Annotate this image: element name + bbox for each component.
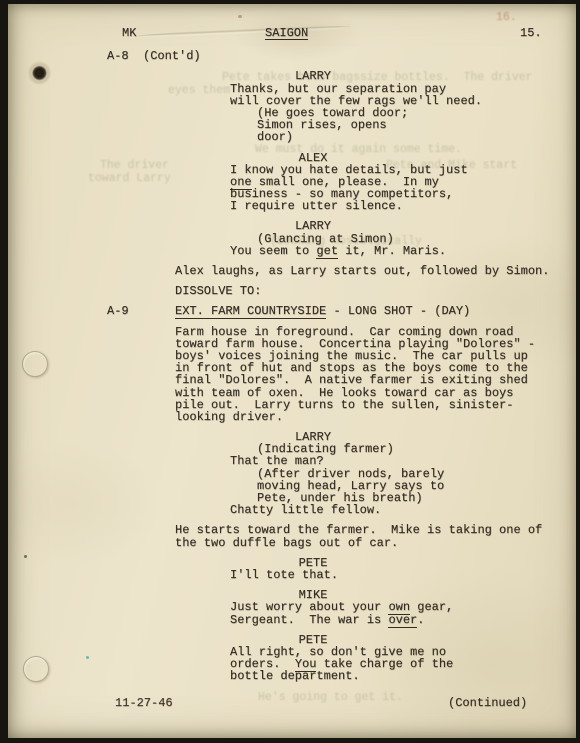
text-segment: the two duffle bags out of car.: [175, 536, 398, 550]
paren-line: door): [257, 131, 576, 143]
action-line: looking driver.: [175, 411, 576, 423]
text-segment: You seem to: [230, 244, 316, 258]
block-action: Farm house in foreground. Car coming dow…: [8, 326, 576, 424]
embossed-ring-icon: [22, 351, 48, 377]
transition-line: DISSOLVE TO:: [175, 285, 576, 297]
scene-continued-label: A-8 (Cont'd): [107, 50, 576, 62]
block-dialogue: You seem to get it, Mr. Maris.: [8, 245, 576, 257]
underlined-text: over: [388, 613, 417, 628]
dialogue-line: I require utter silence.: [230, 200, 576, 212]
block-transition: DISSOLVE TO:: [8, 285, 576, 297]
punch-hole-icon: [27, 60, 53, 86]
dialogue-line: I'll tote that.: [230, 569, 576, 581]
text-segment: it, Mr. Maris.: [338, 244, 446, 258]
text-segment: .: [417, 613, 424, 627]
typist-initials: MK: [122, 27, 136, 39]
text-segment: door): [257, 130, 293, 144]
ink-speck: [238, 15, 242, 18]
dialogue-line: bottle department.: [230, 670, 576, 682]
text-segment: Alex laughs, as Larry starts out, follow…: [175, 264, 549, 278]
block-paren: (After driver nods, barelymoving head, L…: [8, 468, 576, 505]
ink-speck: [24, 555, 27, 558]
dialogue-line: Chatty little fellow.: [230, 504, 576, 516]
typescript-content: MK SAIGON 15. A-8 (Cont'd) LARRYThanks, …: [8, 27, 576, 682]
action-line: the two duffle bags out of car.: [175, 537, 576, 549]
bleedthrough-text: 16.: [496, 12, 517, 24]
script-page: Pete takes both bagssize bottles. The dr…: [8, 4, 576, 738]
continued-label: (Continued): [448, 697, 527, 709]
text-segment: Chatty little fellow.: [230, 503, 381, 517]
action-line: Alex laughs, as Larry starts out, follow…: [175, 265, 576, 277]
text-segment: - LONG SHOT - (DAY): [326, 304, 470, 318]
draft-date: 11-27-46: [115, 697, 173, 709]
page-header: MK SAIGON 15.: [8, 27, 576, 39]
block-dialogue: Thanks, but our separation paywill cover…: [8, 83, 576, 107]
block-dialogue: Just worry about your own gear,Sergeant.…: [8, 601, 576, 625]
block-action: Alex laughs, as Larry starts out, follow…: [8, 265, 576, 277]
block-action: He starts toward the farmer. Mike is tak…: [8, 524, 576, 548]
scene-number: A-9: [107, 305, 129, 317]
block-scene: A-9EXT. FARM COUNTRYSIDE - LONG SHOT - (…: [8, 305, 576, 317]
text-segment: looking driver.: [175, 410, 283, 424]
text-segment: I require utter silence.: [230, 199, 403, 213]
dialogue-line: Sergeant. The war is over.: [230, 614, 576, 626]
script-body: LARRYThanks, but our separation paywill …: [8, 70, 576, 682]
underlined-text: EXT. FARM COUNTRYSIDE: [175, 304, 326, 319]
dialogue-line: You seem to get it, Mr. Maris.: [230, 245, 576, 257]
scanned-script-page: { "palette": { "ink": "#342c21", "date-i…: [0, 0, 580, 743]
block-dialogue: Chatty little fellow.: [8, 504, 576, 516]
block-dialogue: I'll tote that.: [8, 569, 576, 581]
page-footer: 11-27-46 (Continued): [8, 697, 576, 711]
text-segment: DISSOLVE TO:: [175, 284, 261, 298]
underlined-text: get: [316, 244, 338, 259]
paren-line: Simon rises, opens: [257, 119, 576, 131]
script-title: SAIGON: [265, 27, 308, 40]
ink-speck: [86, 656, 89, 659]
page-number: 15.: [520, 27, 542, 39]
text-segment: Sergeant. The war is: [230, 613, 388, 627]
block-dialogue: All right, so don't give me noorders. Yo…: [8, 646, 576, 683]
text-segment: bottle department.: [230, 669, 360, 683]
text-segment: I'll tote that.: [230, 568, 338, 582]
block-paren: (He goes toward door;Simon rises, opensd…: [8, 107, 576, 144]
block-dialogue: I know you hate details, but justone sma…: [8, 164, 576, 213]
embossed-ring-icon: [23, 656, 49, 682]
scene-line: A-9EXT. FARM COUNTRYSIDE - LONG SHOT - (…: [175, 305, 576, 317]
